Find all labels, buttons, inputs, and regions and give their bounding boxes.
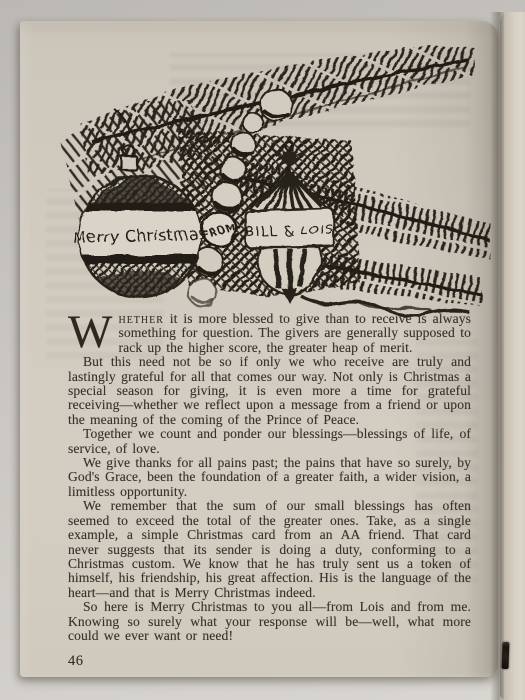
body-paragraph: Together we count and ponder our blessin… bbox=[68, 427, 471, 456]
article-body: Whether it is more blessed to give than … bbox=[68, 312, 471, 669]
body-paragraph: So here is Merry Christmas to you all—fr… bbox=[68, 600, 471, 643]
lead-paragraph: Whether it is more blessed to give than … bbox=[68, 312, 471, 355]
page-number: 46 bbox=[68, 654, 471, 668]
body-paragraph: We remember that the sum of our small bl… bbox=[68, 499, 471, 600]
bauble-on-branch bbox=[260, 89, 292, 121]
christmas-illustration: FROM bbox=[60, 45, 490, 321]
adjacent-page bbox=[500, 12, 525, 700]
lead-small-caps: hether bbox=[118, 311, 163, 326]
lead-text: it is more blessed to give than to recei… bbox=[118, 311, 471, 355]
body-paragraph: But this need not be so if only we who r… bbox=[68, 355, 471, 427]
staple bbox=[502, 642, 510, 669]
body-paragraph: We give thanks for all pains past; the p… bbox=[68, 456, 471, 499]
scanned-booklet-photo: { "document": { "page_number": "46", "ar… bbox=[0, 0, 525, 700]
bill-lois-label: BILL & LOIS bbox=[245, 222, 335, 240]
drop-cap: W bbox=[68, 312, 118, 350]
book-page: FROM bbox=[20, 21, 498, 677]
